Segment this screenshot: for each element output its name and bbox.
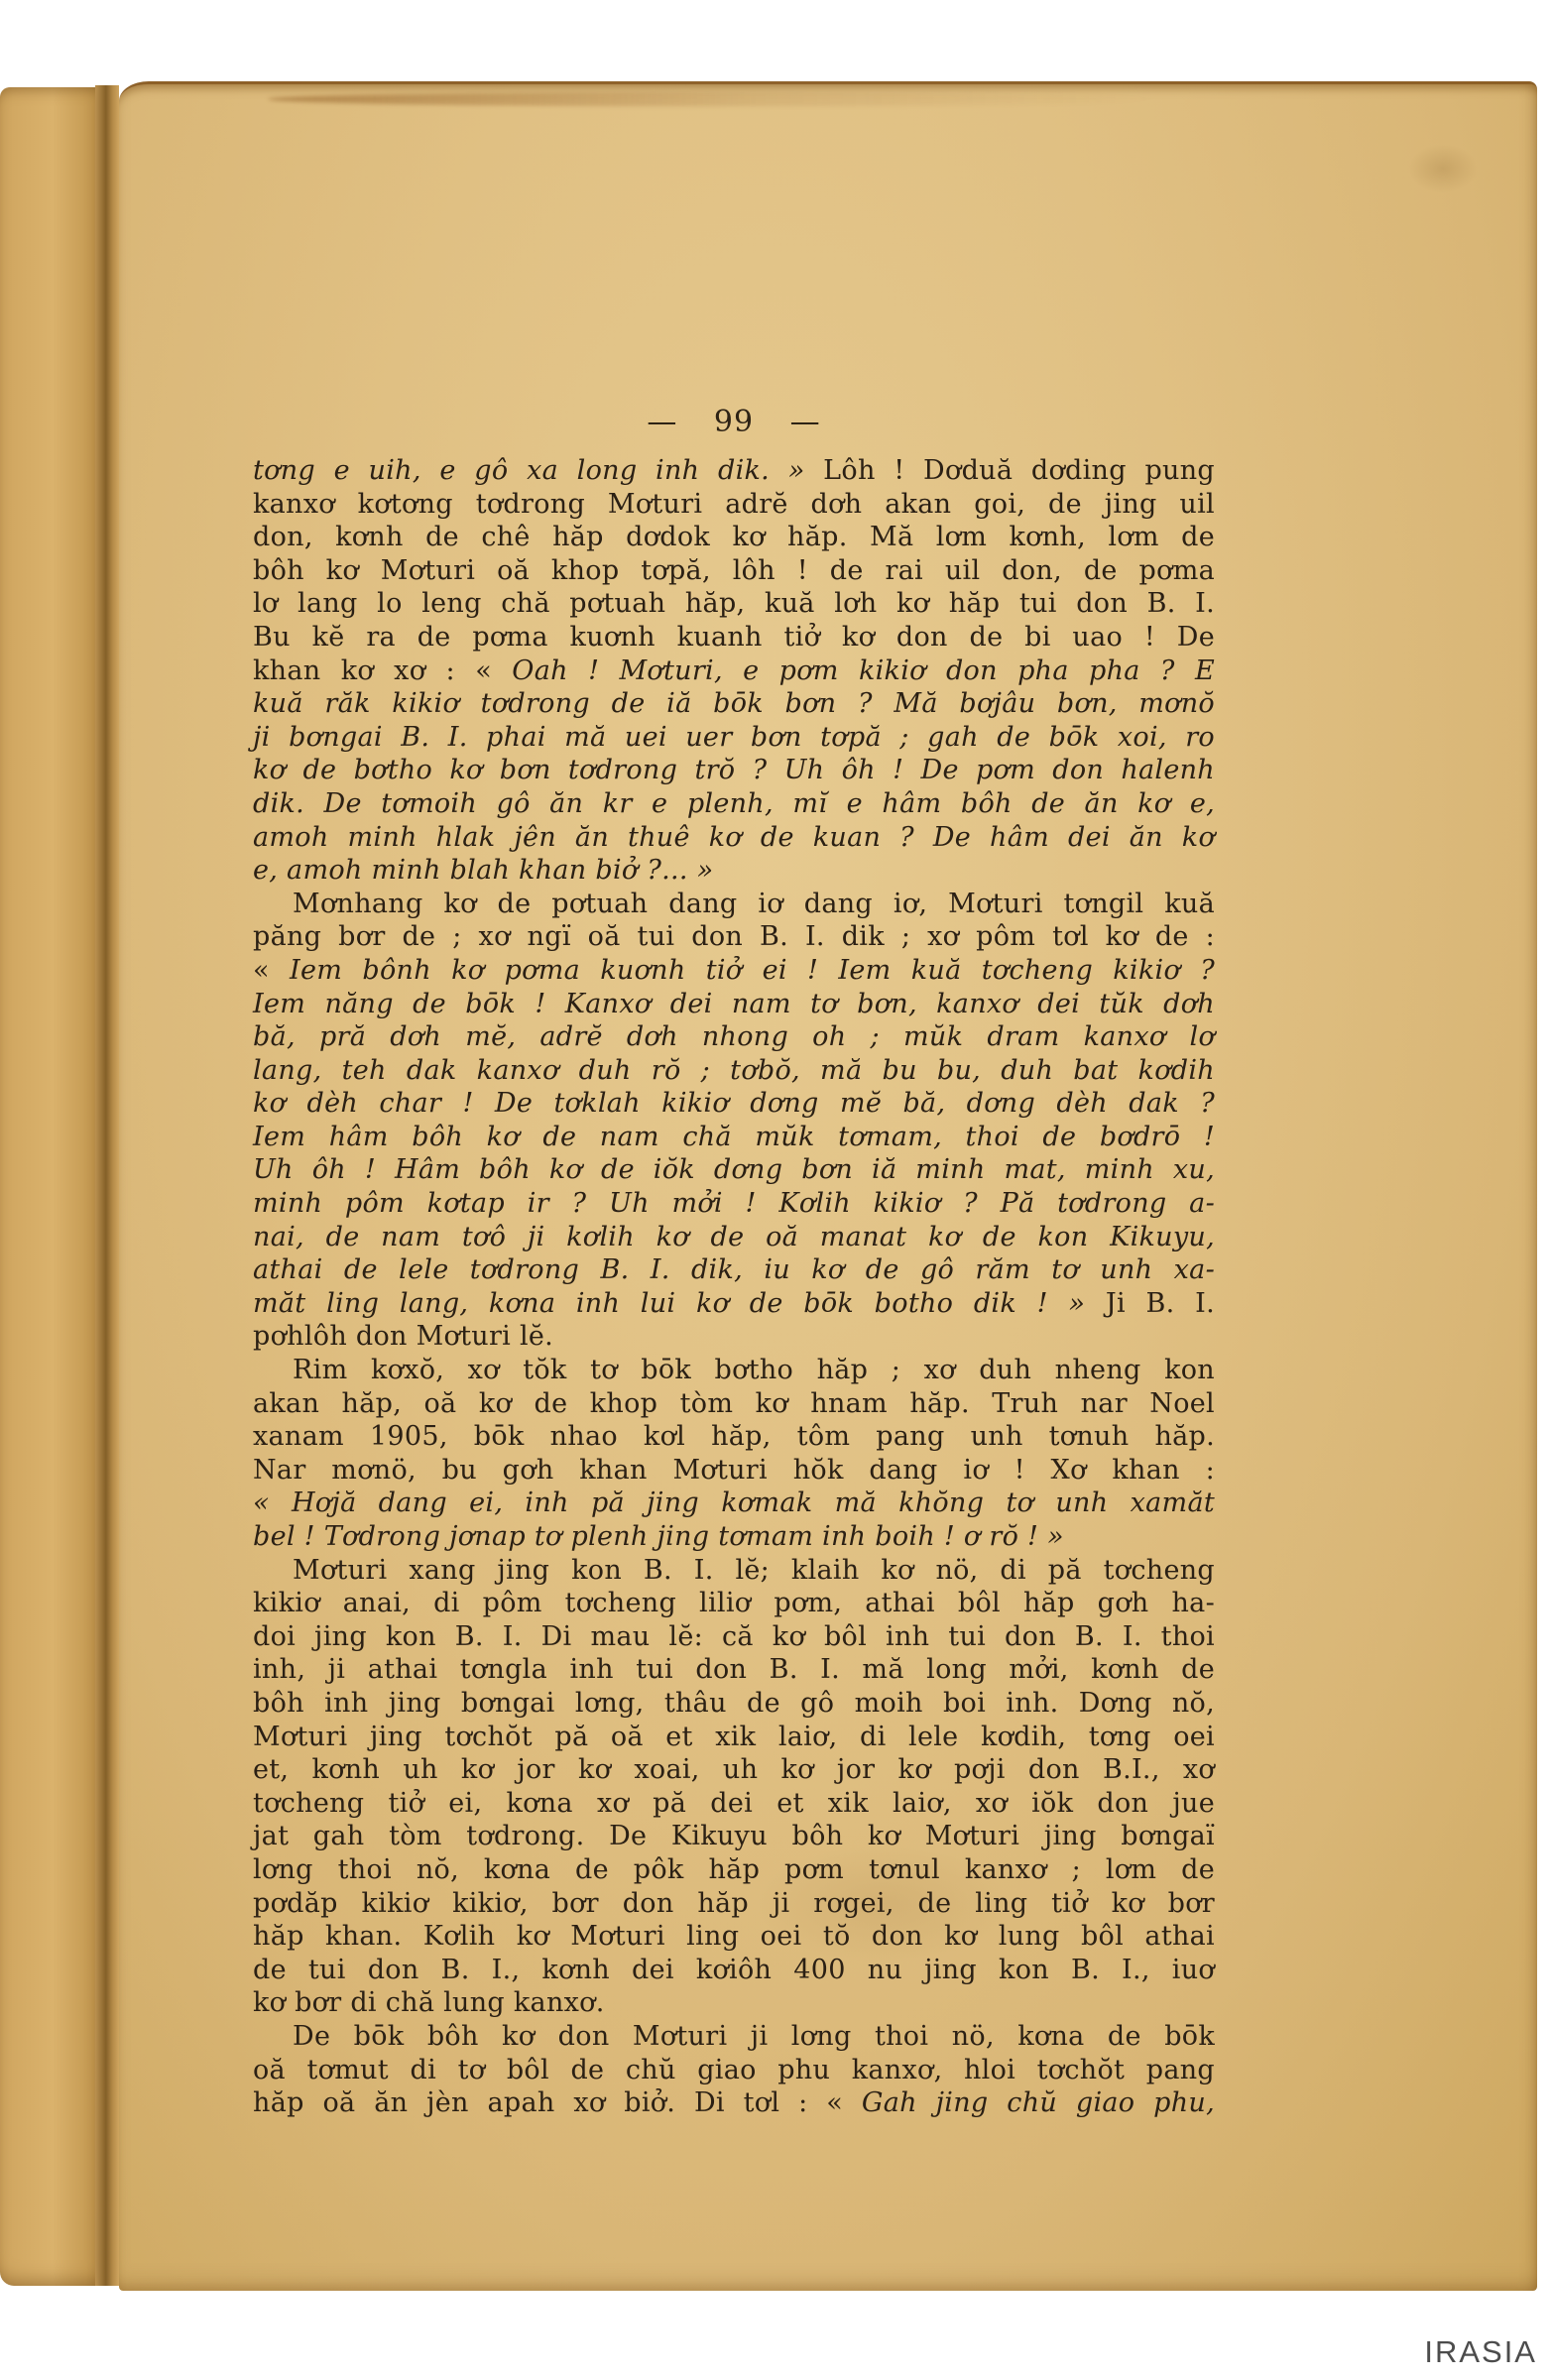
text-line: « Iem bônh kơ pơma kuơnh tiở ei ! Iem ku… — [253, 954, 1215, 988]
italic-run: Uh ôh ! Hâm bôh kơ de iŏk dơng bơn iă mi… — [253, 1154, 1215, 1185]
text-line: don, kơnh de chê hăp dơdok kơ hăp. Mă lơ… — [253, 521, 1215, 554]
text-line: păng bơr de ; xơ ngï oă tui don B. I. di… — [253, 920, 1215, 954]
text-line: khan kơ xơ : « Oah ! Mơturi, e pơm kikiơ… — [253, 654, 1215, 688]
text-line: Nar mơnö, bu gơh khan Mơturi hŏk dang iơ… — [253, 1454, 1215, 1487]
text-block: tơng e uih, e gô xa long inh dik. » Lôh … — [253, 454, 1215, 2120]
text-line: kơ bơr di chă lung kanxơ. — [253, 1986, 1215, 2020]
italic-run: kơ dèh char ! De tơklah kikiơ dơng mĕ bă… — [253, 1088, 1215, 1119]
italic-run: Gah jing chŭ giao phu, — [862, 2087, 1215, 2118]
italic-run: minh pôm kơtap ir ? Uh mởi ! Kơlih kikiơ… — [253, 1188, 1215, 1219]
text-line: inh, ji athai tơngla inh tui don B. I. m… — [253, 1653, 1215, 1687]
roman-run: Nar mơnö, bu gơh khan Mơturi hŏk dang iơ… — [253, 1455, 1215, 1486]
roman-run: lơng thoi nŏ, kơna de pôk hăp pơm tơnul … — [253, 1854, 1215, 1885]
text-line: « Hơjă dang ei, inh pă jing kơmak mă khŏ… — [253, 1487, 1215, 1520]
roman-run: kơ bơr di chă lung kanxơ. — [253, 1987, 605, 2018]
roman-run: kanxơ kơtơng tơdrong Mơturi adrĕ dơh aka… — [253, 489, 1215, 520]
roman-run: Rim kơxŏ, xơ tŏk tơ bōk bơtho hăp ; xơ d… — [293, 1355, 1215, 1385]
text-line: bel ! Tơdrong jơnap tơ plenh jing tơmam … — [253, 1520, 1215, 1554]
italic-run: tơng e uih, e gô xa long inh dik. » — [253, 455, 823, 486]
text-line: kikiơ anai, di pôm tơcheng liliơ pơm, at… — [253, 1587, 1215, 1620]
italic-run: nai, de nam tơô ji kơlih kơ de oă manat … — [253, 1222, 1215, 1252]
roman-run: hăp oă ăn jèn apah xơ biở. Di tơl : « — [253, 2087, 862, 2118]
scan-canvas: — 99 — tơng e uih, e gô xa long inh dik.… — [0, 0, 1551, 2380]
italic-run: Iem bônh kơ pơma kuơnh tiở ei ! Iem kuă … — [290, 955, 1215, 986]
italic-run: kơ de bơtho kơ bơn tơdrong trŏ ? Uh ôh !… — [253, 755, 1215, 785]
roman-run: don, kơnh de chê hăp dơdok kơ hăp. Mă lơ… — [253, 522, 1215, 552]
text-line: pơhlôh don Mơturi lĕ. — [253, 1320, 1215, 1354]
text-line: măt ling lang, kơna inh lui kơ de bōk bo… — [253, 1287, 1215, 1321]
roman-run: de tui don B. I., kơnh dei kơiôh 400 nu … — [253, 1955, 1215, 1985]
roman-run: păng bơr de ; xơ ngï oă tui don B. I. di… — [253, 921, 1215, 952]
text-line: ji bơngai B. I. phai mă uei uer bơn tơpă… — [253, 721, 1215, 755]
text-line: athai de lele tơdrong B. I. dik, iu kơ d… — [253, 1253, 1215, 1287]
roman-run: khan kơ xơ : « — [253, 655, 512, 686]
roman-run: akan hăp, oă kơ de khop tòm kơ hnam hăp.… — [253, 1388, 1215, 1419]
text-line: Mơnhang kơ de pơtuah dang iơ dang iơ, Mơ… — [253, 888, 1215, 921]
roman-run: bôh kơ Mơturi oă khop tơpă, lôh ! de rai… — [253, 555, 1215, 586]
roman-run: Lôh ! Dơduă dơding pung — [823, 455, 1215, 486]
irasia-watermark: IRASIA — [1424, 2334, 1537, 2370]
roman-run: inh, ji athai tơngla inh tui don B. I. m… — [253, 1654, 1215, 1685]
text-line: bă, pră dơh mĕ, adrĕ dơh nhong oh ; mŭk … — [253, 1020, 1215, 1054]
text-line: lơng thoi nŏ, kơna de pôk hăp pơm tơnul … — [253, 1853, 1215, 1887]
roman-run: et, kơnh uh kơ jor kơ xoai, uh kơ jor kơ… — [253, 1754, 1215, 1785]
page-number: — 99 — — [253, 405, 1215, 439]
text-line: jat gah tòm tơdrong. De Kikuyu bôh kơ Mơ… — [253, 1820, 1215, 1853]
roman-run: « — [253, 955, 290, 986]
text-line: bôh inh jing bơngai lơng, thâu de gô moi… — [253, 1687, 1215, 1721]
italic-run: dik. De tơmoih gô ăn kr e plenh, mĭ e hâ… — [253, 788, 1215, 819]
text-line: kơ dèh char ! De tơklah kikiơ dơng mĕ bă… — [253, 1087, 1215, 1121]
roman-run: oă tơmut di tơ bôl de chŭ giao phu kanxơ… — [253, 2055, 1215, 2085]
text-line: Mơturi jing tơchŏt pă oă et xik laiơ, di… — [253, 1721, 1215, 1754]
book-scan: — 99 — tơng e uih, e gô xa long inh dik.… — [0, 81, 1537, 2291]
text-line: xanam 1905, bōk nhao kơl hăp, tôm pang u… — [253, 1420, 1215, 1454]
roman-run: Mơturi jing tơchŏt pă oă et xik laiơ, di… — [253, 1722, 1215, 1752]
text-line: amoh minh hlak jên ăn thuê kơ de kuan ? … — [253, 821, 1215, 855]
roman-run: Bu kĕ ra de pơma kuơnh kuanh tiở kơ don … — [253, 622, 1215, 653]
text-line: dik. De tơmoih gô ăn kr e plenh, mĭ e hâ… — [253, 787, 1215, 821]
italic-run: « Hơjă dang ei, inh pă jing kơmak mă khŏ… — [253, 1487, 1215, 1518]
text-line: Mơturi xang jing kon B. I. lĕ; klaih kơ … — [253, 1554, 1215, 1588]
italic-run: lang, teh dak kanxơ duh rŏ ; tơbŏ, mă bu… — [253, 1055, 1215, 1086]
text-line: pơdăp kikiơ kikiơ, bơr don hăp ji rơgei,… — [253, 1887, 1215, 1921]
italic-run: e, amoh minh blah khan biở ?... » — [253, 855, 713, 886]
italic-run: athai de lele tơdrong B. I. dik, iu kơ d… — [253, 1254, 1215, 1285]
text-line: minh pôm kơtap ir ? Uh mởi ! Kơlih kikiơ… — [253, 1187, 1215, 1221]
roman-run: Mơturi xang jing kon B. I. lĕ; klaih kơ … — [293, 1555, 1215, 1586]
text-line: kuă răk kikiơ tơdrong de iă bōk bơn ? Mă… — [253, 687, 1215, 721]
text-line: lang, teh dak kanxơ duh rŏ ; tơbŏ, mă bu… — [253, 1054, 1215, 1088]
text-line: Uh ôh ! Hâm bôh kơ de iŏk dơng bơn iă mi… — [253, 1153, 1215, 1187]
italic-run: bel ! Tơdrong jơnap tơ plenh jing tơmam … — [253, 1521, 1064, 1552]
italic-run: kuă răk kikiơ tơdrong de iă bōk bơn ? Mă… — [253, 688, 1215, 719]
text-line: lơ lang lo leng chă pơtuah hăp, kuă lơh … — [253, 587, 1215, 621]
roman-run: hăp khan. Kơlih kơ Mơturi ling oei tŏ do… — [253, 1921, 1215, 1952]
text-line: tơng e uih, e gô xa long inh dik. » Lôh … — [253, 454, 1215, 488]
roman-run: kikiơ anai, di pôm tơcheng liliơ pơm, at… — [253, 1588, 1215, 1618]
italic-run: amoh minh hlak jên ăn thuê kơ de kuan ? … — [253, 822, 1215, 853]
italic-run: Oah ! Mơturi, e pơm kikiơ don pha pha ? … — [512, 655, 1215, 686]
italic-run: măt ling lang, kơna inh lui kơ de bōk bo… — [253, 1288, 1106, 1319]
text-line: akan hăp, oă kơ de khop tòm kơ hnam hăp.… — [253, 1387, 1215, 1421]
italic-run: Iem năng de bōk ! Kanxơ dei nam tơ bơn, … — [253, 989, 1215, 1019]
text-line: De bōk bôh kơ don Mơturi ji lơng thoi nö… — [253, 2020, 1215, 2054]
text-line: Iem hâm bôh kơ de nam chă mŭk tơmam, tho… — [253, 1121, 1215, 1154]
text-line: tơcheng tiở ei, kơna xơ pă dei et xik la… — [253, 1787, 1215, 1821]
text-line: Iem năng de bōk ! Kanxơ dei nam tơ bơn, … — [253, 988, 1215, 1021]
roman-run: tơcheng tiở ei, kơna xơ pă dei et xik la… — [253, 1788, 1215, 1819]
text-line: kanxơ kơtơng tơdrong Mơturi adrĕ dơh aka… — [253, 488, 1215, 522]
text-line: bôh kơ Mơturi oă khop tơpă, lôh ! de rai… — [253, 554, 1215, 588]
previous-page-edges — [0, 87, 95, 2286]
text-line: hăp oă ăn jèn apah xơ biở. Di tơl : « Ga… — [253, 2086, 1215, 2120]
italic-run: Iem hâm bôh kơ de nam chă mŭk tơmam, tho… — [253, 1122, 1215, 1152]
roman-run: Mơnhang kơ de pơtuah dang iơ dang iơ, Mơ… — [293, 889, 1215, 919]
roman-run: bôh inh jing bơngai lơng, thâu de gô moi… — [253, 1688, 1215, 1719]
paper-stain — [1408, 144, 1478, 193]
text-line: hăp khan. Kơlih kơ Mơturi ling oei tŏ do… — [253, 1920, 1215, 1954]
italic-run: bă, pră dơh mĕ, adrĕ dơh nhong oh ; mŭk … — [253, 1021, 1215, 1052]
text-line: Bu kĕ ra de pơma kuơnh kuanh tiở kơ don … — [253, 621, 1215, 654]
roman-run: jat gah tòm tơdrong. De Kikuyu bôh kơ Mơ… — [253, 1821, 1215, 1851]
text-line: e, amoh minh blah khan biở ?... » — [253, 854, 1215, 888]
roman-run: xanam 1905, bōk nhao kơl hăp, tôm pang u… — [253, 1421, 1215, 1452]
page-gutter-crease — [95, 85, 119, 2286]
text-line: kơ de bơtho kơ bơn tơdrong trŏ ? Uh ôh !… — [253, 754, 1215, 787]
roman-run: De bōk bôh kơ don Mơturi ji lơng thoi nö… — [293, 2021, 1215, 2052]
text-line: oă tơmut di tơ bôl de chŭ giao phu kanxơ… — [253, 2054, 1215, 2087]
top-edge-stain — [268, 92, 1160, 106]
roman-run: Ji B. I. — [1106, 1288, 1215, 1319]
roman-run: pơhlôh don Mơturi lĕ. — [253, 1321, 553, 1352]
text-line: nai, de nam tơô ji kơlih kơ de oă manat … — [253, 1221, 1215, 1254]
text-line: doi jing kon B. I. Di mau lĕ: că kơ bôl … — [253, 1620, 1215, 1654]
text-line: et, kơnh uh kơ jor kơ xoai, uh kơ jor kơ… — [253, 1753, 1215, 1787]
text-line: de tui don B. I., kơnh dei kơiôh 400 nu … — [253, 1954, 1215, 1987]
italic-run: ji bơngai B. I. phai mă uei uer bơn tơpă… — [253, 722, 1215, 753]
roman-run: doi jing kon B. I. Di mau lĕ: că kơ bôl … — [253, 1621, 1215, 1652]
roman-run: pơdăp kikiơ kikiơ, bơr don hăp ji rơgei,… — [253, 1888, 1215, 1919]
roman-run: lơ lang lo leng chă pơtuah hăp, kuă lơh … — [253, 588, 1215, 619]
text-line: Rim kơxŏ, xơ tŏk tơ bōk bơtho hăp ; xơ d… — [253, 1354, 1215, 1387]
